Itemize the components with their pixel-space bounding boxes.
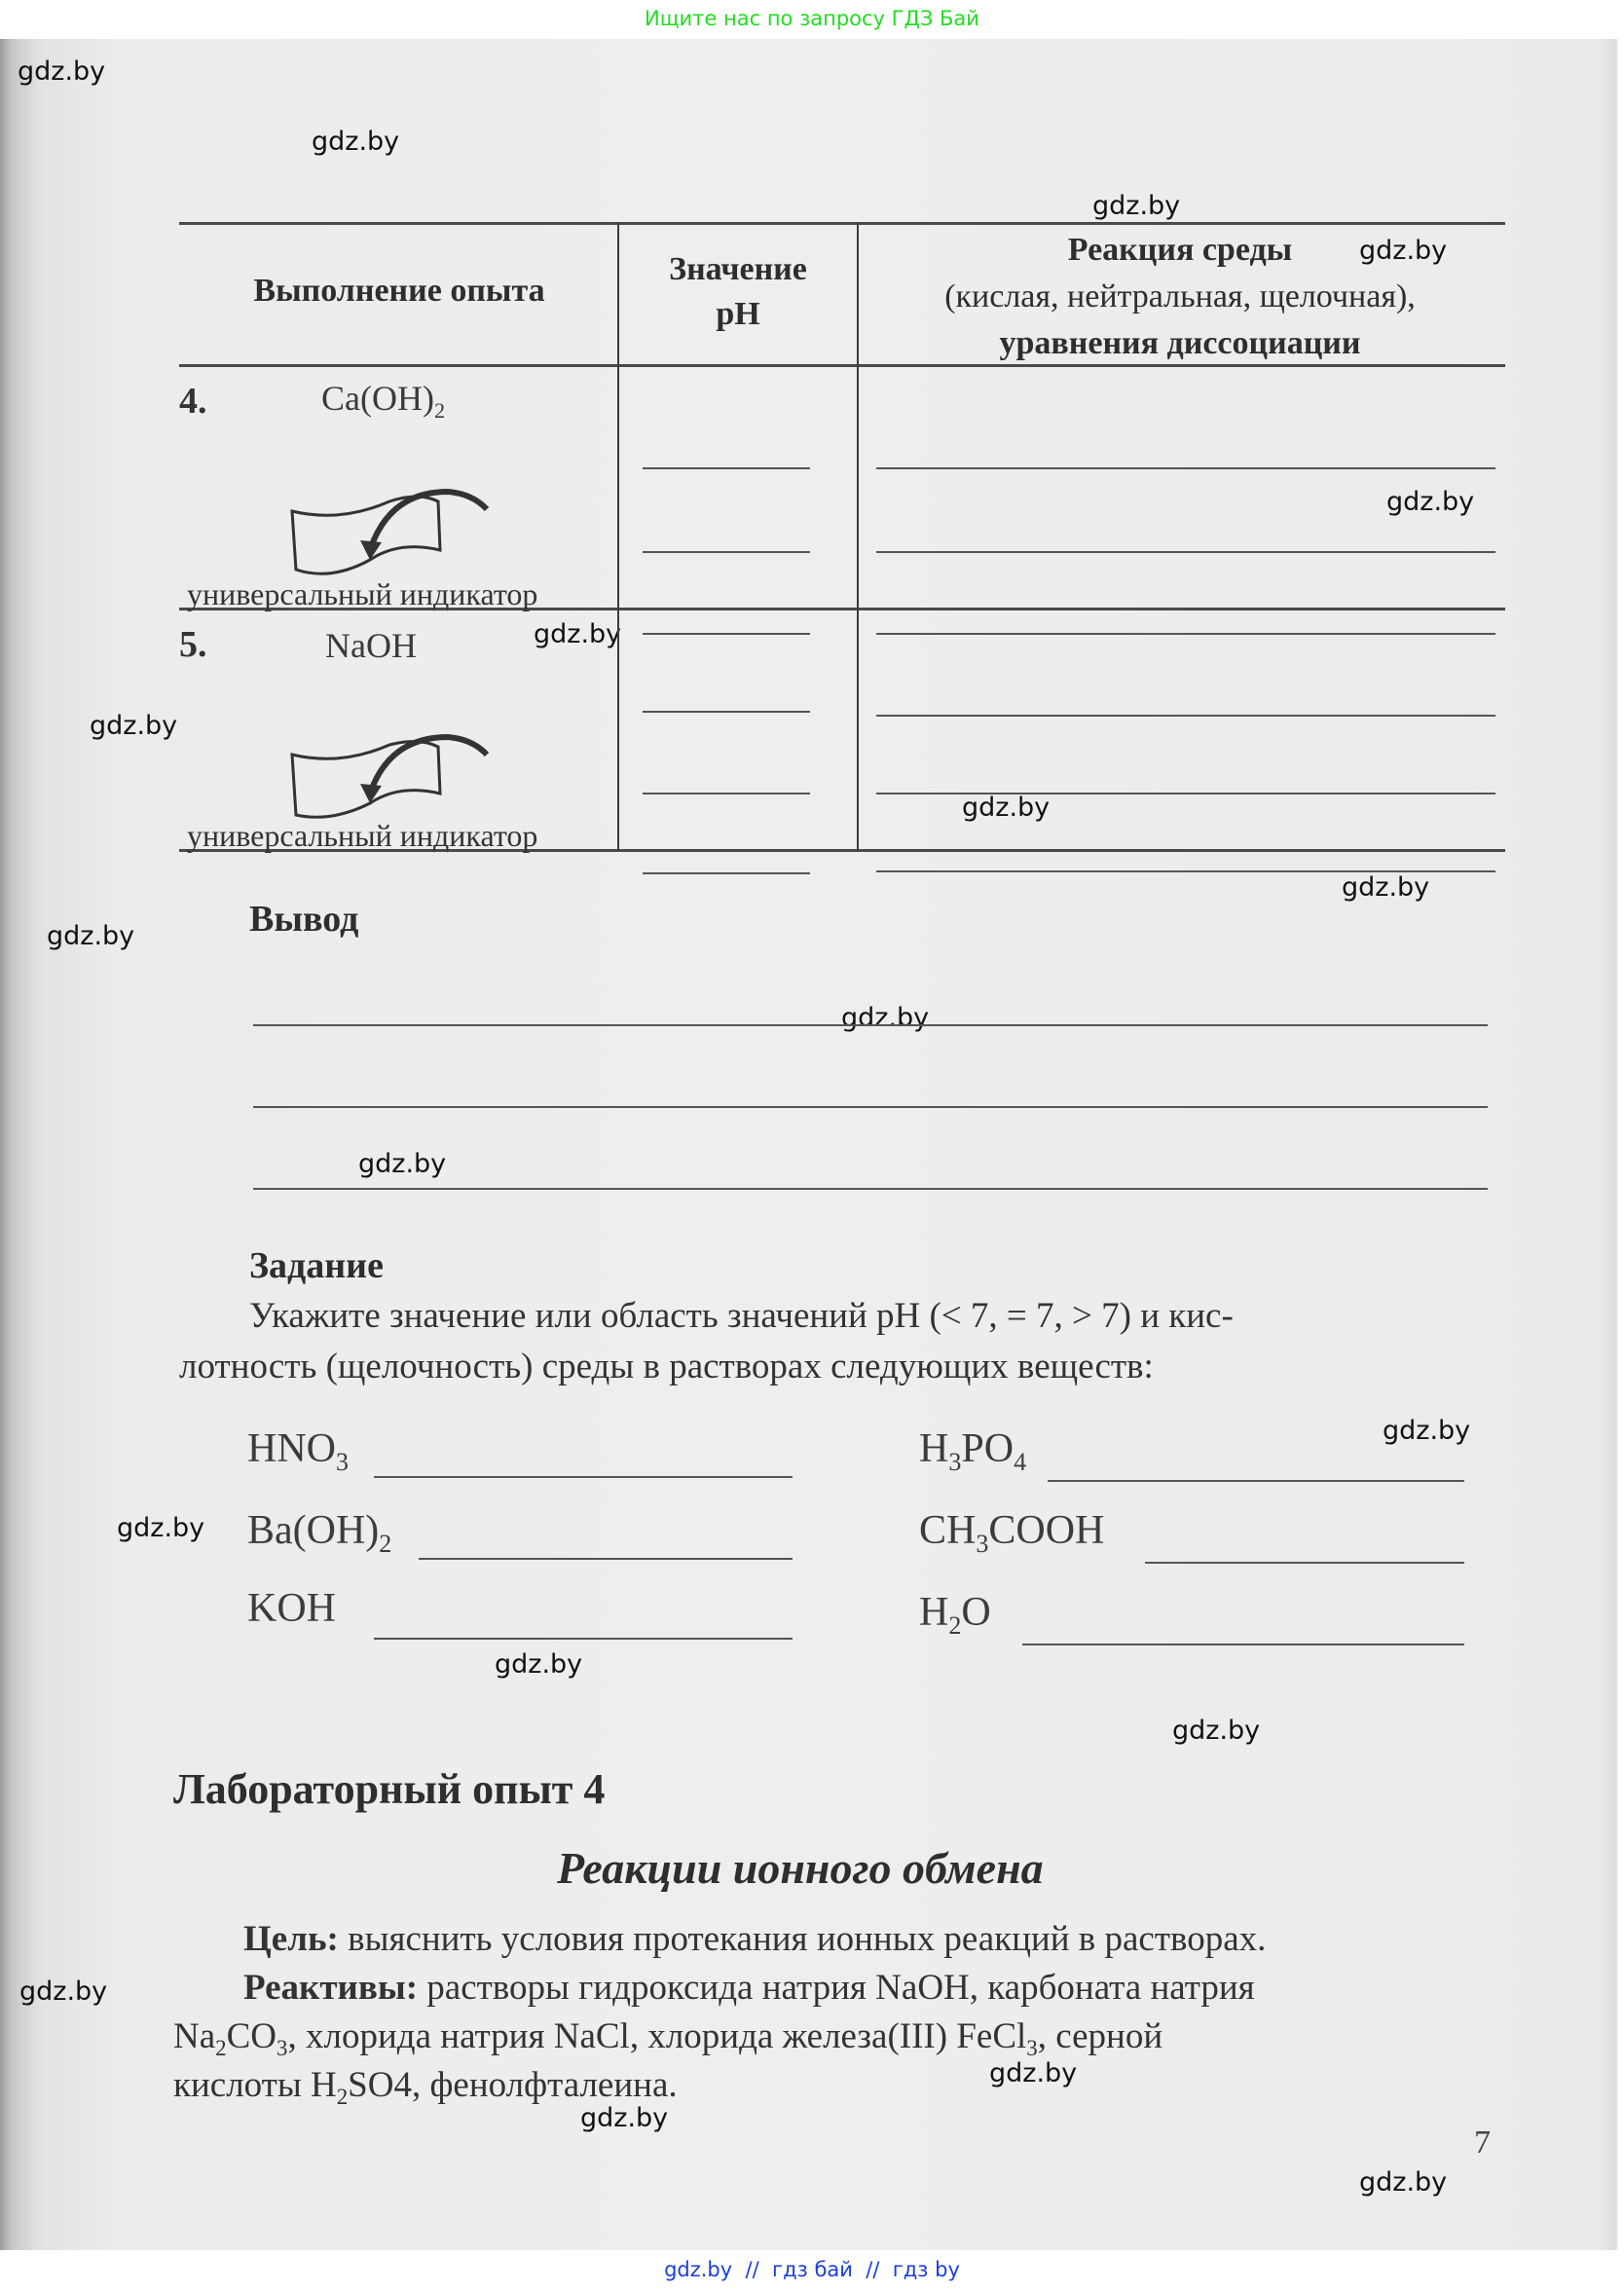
table-header-reaction: Реакция среды: [859, 232, 1501, 269]
conclusion-heading: Вывод: [249, 898, 358, 941]
goal-text: выяснить условия протекания ионных реакц…: [339, 1919, 1267, 1959]
conclusion-answer-line[interactable]: [253, 1188, 1488, 1190]
lab-goal: Цель: выяснить условия протекания ионных…: [243, 1918, 1266, 1960]
table-top-border: [179, 222, 1505, 225]
table-column-divider: [857, 222, 859, 851]
watermark: gdz.by: [1383, 1416, 1470, 1446]
lab-title: Лабораторный опыт 4: [173, 1764, 605, 1814]
substance-baoh2: Ba(OH)2: [247, 1507, 391, 1554]
reaction-answer-line[interactable]: [876, 870, 1495, 872]
lab-reagents: Реактивы: растворы гидроксида натрия NaO…: [243, 1967, 1255, 2009]
watermark: gdz.by: [989, 2058, 1077, 2088]
goal-label: Цель:: [243, 1919, 339, 1959]
substance-ch3cooh: CH3COOH: [919, 1507, 1104, 1554]
watermark: gdz.by: [1386, 487, 1474, 517]
watermark: gdz.by: [90, 711, 177, 741]
table-header-dissociation: уравнения диссоциации: [859, 325, 1501, 362]
workbook-page: gdz.by gdz.by gdz.by gdz.by gdz.by gdz.b…: [0, 39, 1624, 2250]
substance-koh: KOH: [247, 1585, 336, 1632]
ph-answer-line[interactable]: [643, 793, 810, 794]
lab-subtitle: Реакции ионного обмена: [557, 1842, 1044, 1894]
substance-formula: Ca(OH): [321, 379, 434, 418]
watermark: gdz.by: [358, 1149, 446, 1179]
reaction-answer-line[interactable]: [876, 793, 1495, 794]
substance-hno3: HNO3: [247, 1425, 349, 1472]
ph-answer-line[interactable]: [419, 1558, 793, 1560]
substance-h3po4: H3PO4: [919, 1425, 1026, 1472]
ph-answer-line[interactable]: [643, 633, 810, 635]
ph-answer-line[interactable]: [643, 551, 810, 553]
ph-answer-line[interactable]: [643, 872, 810, 874]
ph-answer-line[interactable]: [643, 467, 810, 469]
watermark: gdz.by: [534, 619, 621, 649]
lab-reagents-cont: кислоты H2SO4, фенолфталеина.: [173, 2064, 678, 2106]
ph-answer-line[interactable]: [643, 711, 810, 713]
row-substance: Ca(OH)2: [321, 378, 445, 419]
substance-formula: NaOH: [325, 626, 417, 665]
watermark: gdz.by: [19, 1977, 107, 2007]
watermark: gdz.by: [1092, 191, 1180, 221]
watermark: gdz.by: [312, 127, 399, 157]
substance-h2o: H2O: [919, 1589, 991, 1636]
row-substance: NaOH: [325, 625, 417, 666]
watermark: gdz.by: [47, 921, 134, 951]
ph-answer-line[interactable]: [1048, 1480, 1464, 1482]
conclusion-answer-line[interactable]: [253, 1024, 1488, 1026]
page-number: 7: [1474, 2125, 1491, 2162]
table-header-ph-unit: pH: [619, 296, 857, 333]
watermark: gdz.by: [117, 1513, 204, 1543]
watermark: gdz.by: [841, 1003, 929, 1033]
ph-answer-line[interactable]: [1022, 1644, 1464, 1645]
task-heading: Задание: [249, 1244, 384, 1287]
ph-answer-line[interactable]: [374, 1476, 793, 1478]
ph-answer-line[interactable]: [374, 1638, 793, 1640]
table-header-border: [179, 364, 1505, 367]
subscript: 2: [434, 398, 445, 423]
table-header-experiment: Выполнение опыта: [185, 273, 613, 310]
row-number: 5.: [179, 623, 207, 666]
reaction-answer-line[interactable]: [876, 551, 1495, 553]
table-header-ph: Значение: [619, 251, 857, 288]
watermark: gdz.by: [1359, 2167, 1447, 2198]
reaction-answer-line[interactable]: [876, 633, 1495, 635]
watermark: gdz.by: [1172, 1716, 1260, 1746]
lab-reagents-cont: Na2CO3, хлорида натрия NaCl, хлорида жел…: [173, 2015, 1163, 2057]
ph-answer-line[interactable]: [1145, 1562, 1464, 1564]
watermark: gdz.by: [580, 2103, 668, 2133]
indicator-label: универсальный индикатор: [187, 576, 537, 612]
watermark: gdz.by: [962, 793, 1050, 823]
indicator-label: универсальный индикатор: [187, 818, 537, 854]
row-number: 4.: [179, 380, 207, 423]
task-text: Укажите значение или область значений pH…: [249, 1295, 1234, 1337]
reaction-answer-line[interactable]: [876, 467, 1495, 469]
site-footer-links[interactable]: gdz.by // гдз бай // гдз by: [0, 2250, 1624, 2291]
search-banner[interactable]: Ищите нас по запросу ГДЗ Бай: [0, 0, 1624, 39]
watermark: gdz.by: [1342, 872, 1429, 903]
watermark: gdz.by: [18, 56, 105, 87]
table-header-reaction-types: (кислая, нейтральная, щелочная),: [859, 278, 1501, 315]
reagents-text: растворы гидроксида натрия NaOH, карбона…: [418, 1968, 1255, 2008]
watermark: gdz.by: [495, 1649, 582, 1680]
reaction-answer-line[interactable]: [876, 715, 1495, 717]
task-text: лотность (щелочность) среды в растворах …: [179, 1346, 1154, 1387]
conclusion-answer-line[interactable]: [253, 1106, 1488, 1108]
reagents-label: Реактивы:: [243, 1968, 418, 2008]
